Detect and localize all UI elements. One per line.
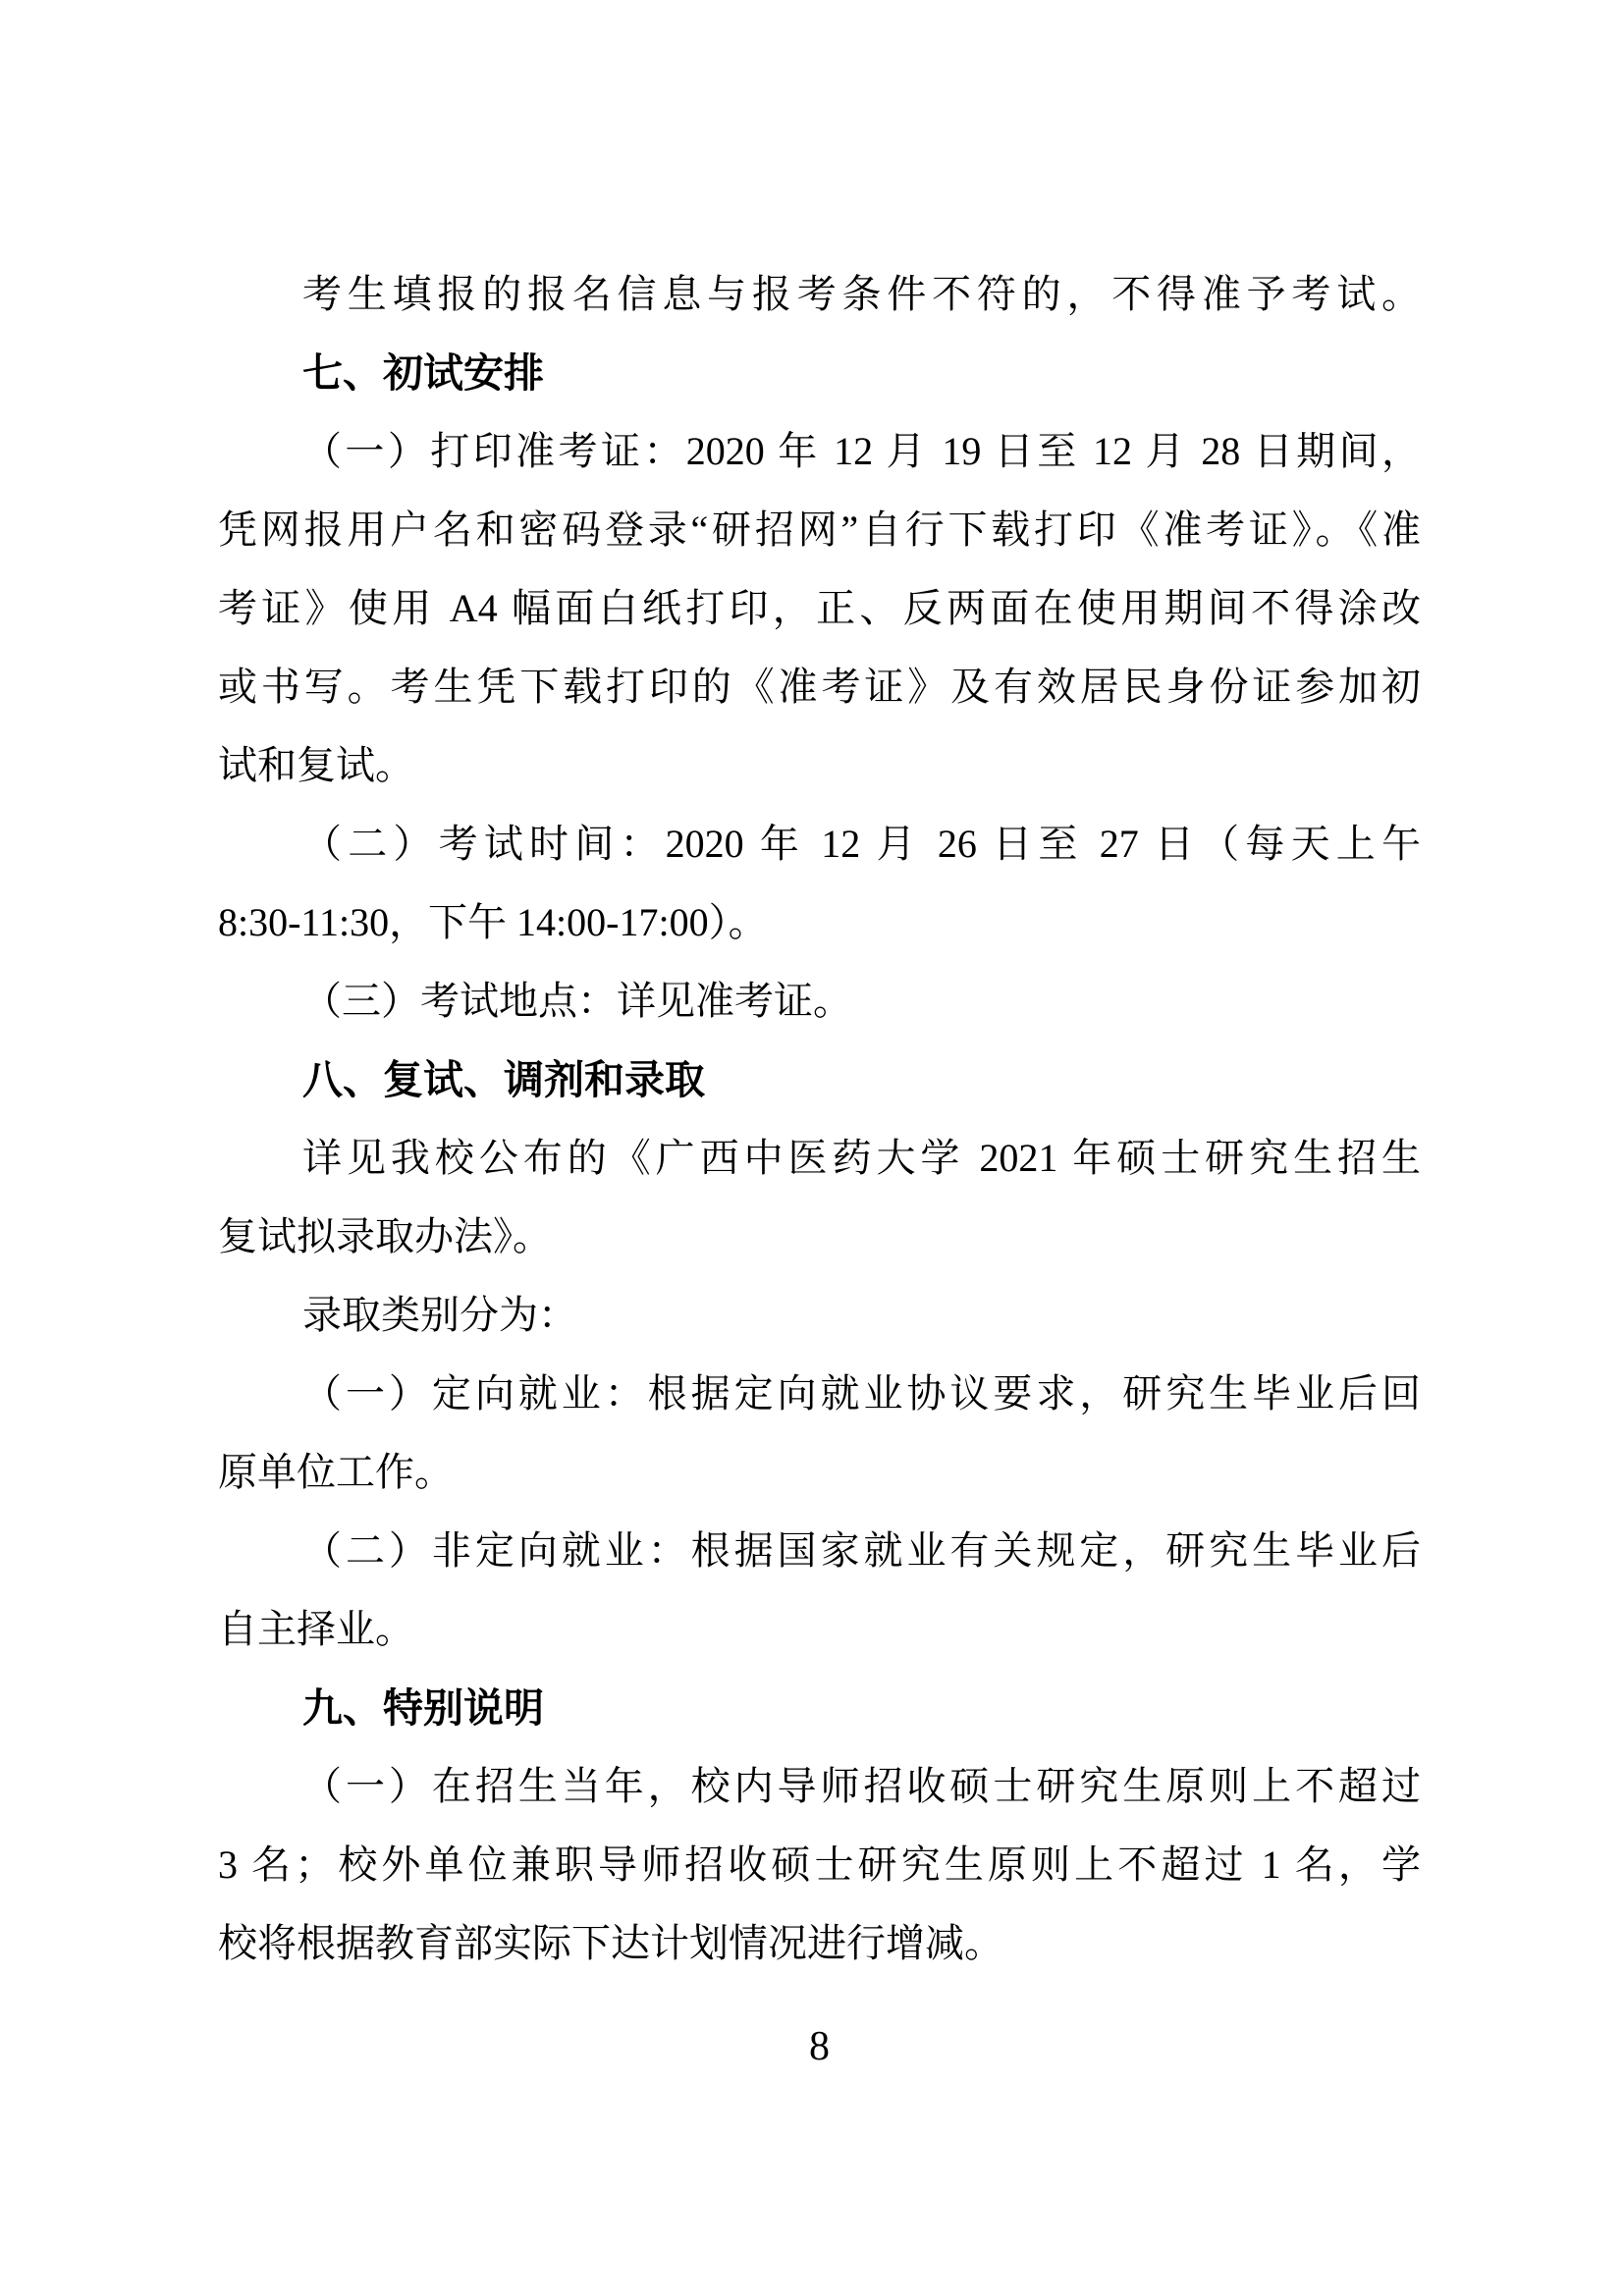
body-line: 原单位工作。	[218, 1433, 1421, 1512]
body-line: （一）打印准考证：2020 年 12 月 19 日至 12 月 28 日期间，	[218, 412, 1421, 491]
body-line: 试和复试。	[218, 726, 1421, 805]
body-line: 详见我校公布的《广西中医药大学 2021 年硕士研究生招生	[218, 1119, 1421, 1198]
body-line: 自主择业。	[218, 1590, 1421, 1669]
section-heading-8: 八、复试、调剂和录取	[218, 1041, 1421, 1119]
body-line: 凭网报用户名和密码登录“研招网”自行下载打印《准考证》。《准	[218, 491, 1421, 569]
body-line: 3 名；校外单位兼职导师招收硕士研究生原则上不超过 1 名，学	[218, 1826, 1421, 1904]
body-line: （一）定向就业：根据定向就业协议要求，研究生毕业后回	[218, 1355, 1421, 1433]
document-page: 考生填报的报名信息与报考条件不符的，不得准予考试。 七、初试安排 （一）打印准考…	[0, 0, 1624, 2296]
body-line: 8:30-11:30，下午 14:00-17:00）。	[218, 883, 1421, 962]
body-line: 考证》使用 A4 幅面白纸打印，正、反两面在使用期间不得涂改	[218, 569, 1421, 648]
document-body: 考生填报的报名信息与报考条件不符的，不得准予考试。 七、初试安排 （一）打印准考…	[218, 255, 1421, 1983]
section-heading-9: 九、特别说明	[218, 1669, 1421, 1747]
body-line: 考生填报的报名信息与报考条件不符的，不得准予考试。	[218, 255, 1421, 334]
body-line: 复试拟录取办法》。	[218, 1198, 1421, 1276]
page-number: 8	[218, 2007, 1421, 2086]
body-line: 校将根据教育部实际下达计划情况进行增减。	[218, 1904, 1421, 1983]
body-line: （一）在招生当年，校内导师招收硕士研究生原则上不超过	[218, 1747, 1421, 1826]
body-line: （二）非定向就业：根据国家就业有关规定，研究生毕业后	[218, 1512, 1421, 1590]
body-line: （三）考试地点：详见准考证。	[218, 962, 1421, 1041]
body-line: （二）考试时间：2020 年 12 月 26 日至 27 日（每天上午	[218, 805, 1421, 883]
body-line: 录取类别分为：	[218, 1276, 1421, 1355]
body-line: 或书写。考生凭下载打印的《准考证》及有效居民身份证参加初	[218, 648, 1421, 726]
section-heading-7: 七、初试安排	[218, 334, 1421, 412]
